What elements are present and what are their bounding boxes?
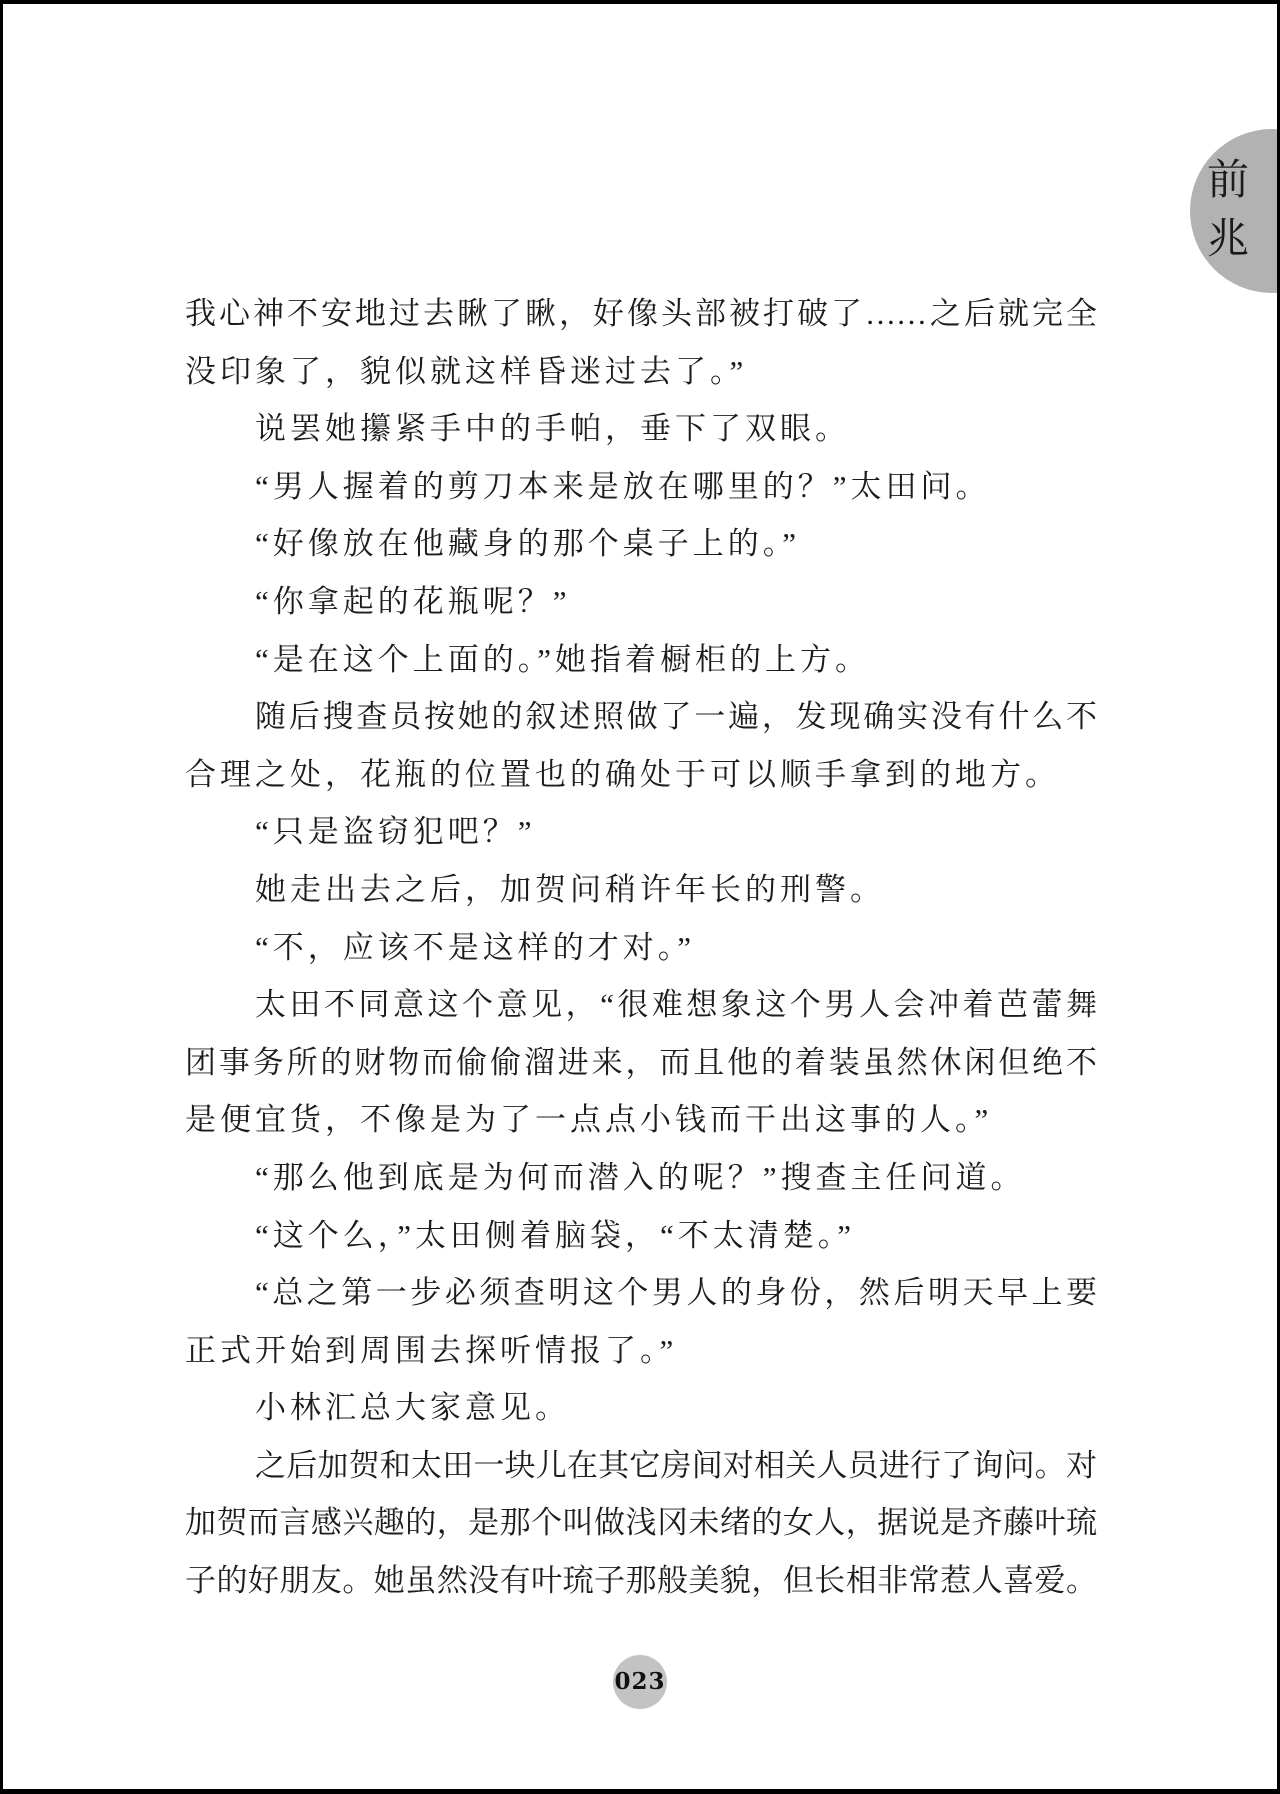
- text-line: “这个么，”太田侧着脑袋，“不太清楚。”: [185, 1207, 1097, 1265]
- text-line: 太田不同意这个意见，“很难想象这个男人会冲着芭蕾舞: [185, 976, 1097, 1034]
- text-line: “男人握着的剪刀本来是放在哪里的？”太田问。: [185, 458, 1097, 516]
- body-text: 我心神不安地过去瞅了瞅，好像头部被打破了……之后就完全没印象了，貌似就这样昏迷过…: [185, 285, 1097, 1610]
- text-line: 正式开始到周围去探听情报了。”: [185, 1322, 1097, 1380]
- text-line: 是便宜货，不像是为了一点点小钱而干出这事的人。”: [185, 1091, 1097, 1149]
- text-line: “只是盗窃犯吧？”: [185, 803, 1097, 861]
- book-page: 前兆 我心神不安地过去瞅了瞅，好像头部被打破了……之后就完全没印象了，貌似就这样…: [0, 0, 1280, 1794]
- text-line: 加贺而言感兴趣的，是那个叫做浅冈未绪的女人，据说是齐藤叶琉: [185, 1494, 1097, 1552]
- chapter-tab-label: 前兆: [1204, 157, 1246, 275]
- text-line: 小林汇总大家意见。: [185, 1379, 1097, 1437]
- text-line: 没印象了，貌似就这样昏迷过去了。”: [185, 343, 1097, 401]
- text-line: 说罢她攥紧手中的手帕，垂下了双眼。: [185, 400, 1097, 458]
- text-line: “是在这个上面的。”她指着橱柜的上方。: [185, 631, 1097, 689]
- text-line: 随后搜查员按她的叙述照做了一遍，发现确实没有什么不: [185, 688, 1097, 746]
- text-line: 她走出去之后，加贺问稍许年长的刑警。: [185, 861, 1097, 919]
- text-line: 子的好朋友。她虽然没有叶琉子那般美貌，但长相非常惹人喜爱。: [185, 1552, 1097, 1610]
- text-line: “你拿起的花瓶呢？”: [185, 573, 1097, 631]
- text-line: “总之第一步必须查明这个男人的身份，然后明天早上要: [185, 1264, 1097, 1322]
- text-line: 合理之处，花瓶的位置也的确处于可以顺手拿到的地方。: [185, 746, 1097, 804]
- text-line: 之后加贺和太田一块儿在其它房间对相关人员进行了询问。对: [185, 1437, 1097, 1495]
- page-number-badge: 023: [613, 1655, 667, 1709]
- text-line: “那么他到底是为何而潜入的呢？”搜查主任问道。: [185, 1149, 1097, 1207]
- text-line: 团事务所的财物而偷偷溜进来，而且他的着装虽然休闲但绝不: [185, 1034, 1097, 1092]
- page-number: 023: [613, 1655, 667, 1709]
- text-line: “不，应该不是这样的才对。”: [185, 919, 1097, 977]
- text-line: “好像放在他藏身的那个桌子上的。”: [185, 515, 1097, 573]
- text-line: 我心神不安地过去瞅了瞅，好像头部被打破了……之后就完全: [185, 285, 1097, 343]
